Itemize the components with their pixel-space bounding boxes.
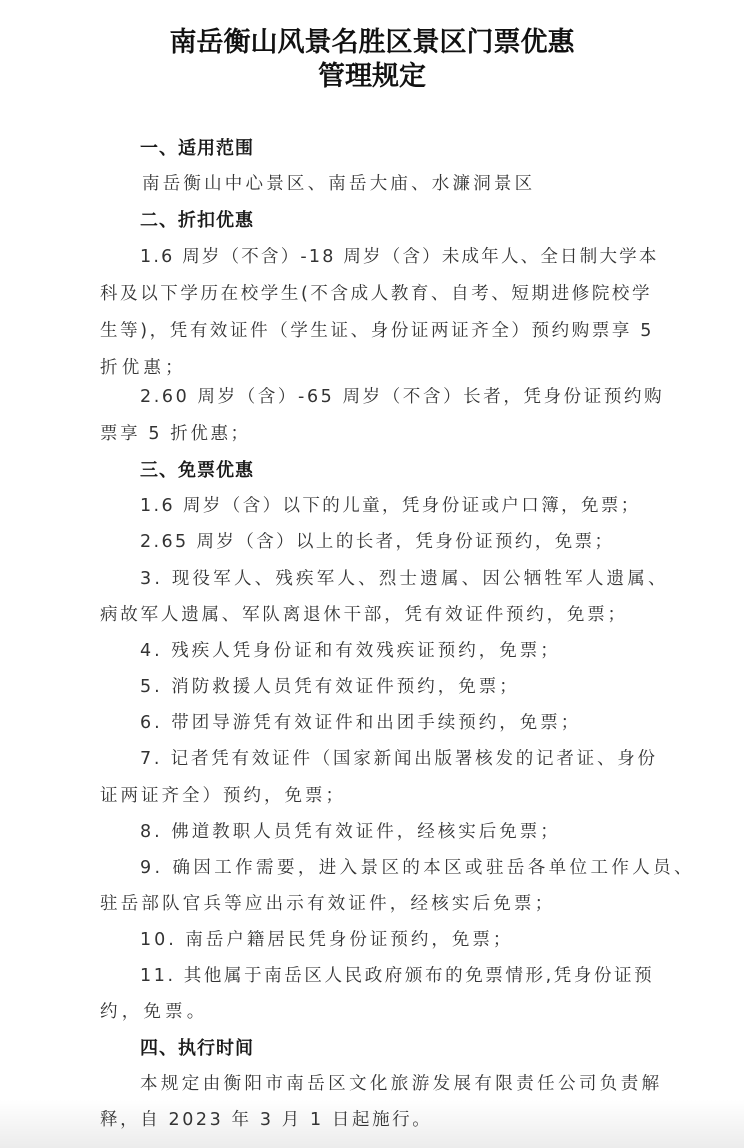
free-item-9-line1: 9. 确因工作需要，进入景区的本区或驻岳各单位工作人员、 xyxy=(140,854,695,879)
section-heading-free: 三、免票优惠 xyxy=(140,456,254,482)
free-item-7-line1: 7. 记者凭有效证件（国家新闻出版署核发的记者证、身份 xyxy=(140,745,658,770)
discount-item-1-line4: 折优惠； xyxy=(100,354,187,379)
scope-text: 南岳衡山中心景区、南岳大庙、水濂洞景区 xyxy=(142,170,535,195)
document-page: 南岳衡山风景名胜区景区门票优惠 管理规定 一、适用范围 南岳衡山中心景区、南岳大… xyxy=(0,0,744,1148)
discount-item-2-line1: 2.60 周岁（含）-65 周岁（不含）长者，凭身份证预约购 xyxy=(140,383,664,408)
free-item-10: 10. 南岳户籍居民凭身份证预约，免票； xyxy=(140,926,513,951)
discount-item-2-line2: 票享 5 折优惠； xyxy=(100,420,251,445)
free-item-1: 1.6 周岁（含）以下的儿童，凭身份证或户口簿，免票； xyxy=(140,492,641,517)
free-item-8: 8. 佛道教职人员凭有效证件，经核实后免票； xyxy=(140,818,561,843)
free-item-7-line2: 证两证齐全）预约，免票； xyxy=(100,782,346,807)
free-item-3-line1: 3. 现役军人、残疾军人、烈士遗属、因公牺牲军人遗属、 xyxy=(140,565,669,590)
discount-item-1-line3: 生等)，凭有效证件（学生证、身份证两证齐全）预约购票享 5 xyxy=(100,317,654,342)
free-item-9-line2: 驻岳部队官兵等应出示有效证件，经核实后免票； xyxy=(100,890,555,915)
free-item-6: 6. 带团导游凭有效证件和出团手续预约，免票； xyxy=(140,709,581,734)
section-heading-scope: 一、适用范围 xyxy=(140,134,254,160)
free-item-3-line2: 病故军人遗属、军队离退休干部，凭有效证件预约，免票； xyxy=(100,601,628,626)
discount-item-1-line1: 1.6 周岁（不含）-18 周岁（含）未成年人、全日制大学本 xyxy=(140,243,659,268)
free-item-2: 2.65 周岁（含）以上的长者，凭身份证预约，免票； xyxy=(140,528,614,553)
discount-item-1-line2: 科及以下学历在校学生(不含成人教育、自考、短期进修院校学 xyxy=(100,280,652,305)
effective-text-line2: 释，自 2023 年 3 月 1 日起施行。 xyxy=(100,1106,432,1131)
document-title-line2: 管理规定 xyxy=(0,54,744,93)
free-item-11-line2: 约，免票。 xyxy=(100,998,209,1023)
free-item-11-line1: 11. 其他属于南岳区人民政府颁布的免票情形,凭身份证预 xyxy=(140,962,654,987)
section-heading-discount: 二、折扣优惠 xyxy=(140,206,254,232)
free-item-5: 5. 消防救援人员凭有效证件预约，免票； xyxy=(140,673,520,698)
free-item-4: 4. 残疾人凭身份证和有效残疾证预约，免票； xyxy=(140,637,561,662)
effective-text-line1: 本规定由衡阳市南岳区文化旅游发展有限责任公司负责解 xyxy=(140,1070,663,1095)
section-heading-effective-date: 四、执行时间 xyxy=(140,1034,254,1060)
